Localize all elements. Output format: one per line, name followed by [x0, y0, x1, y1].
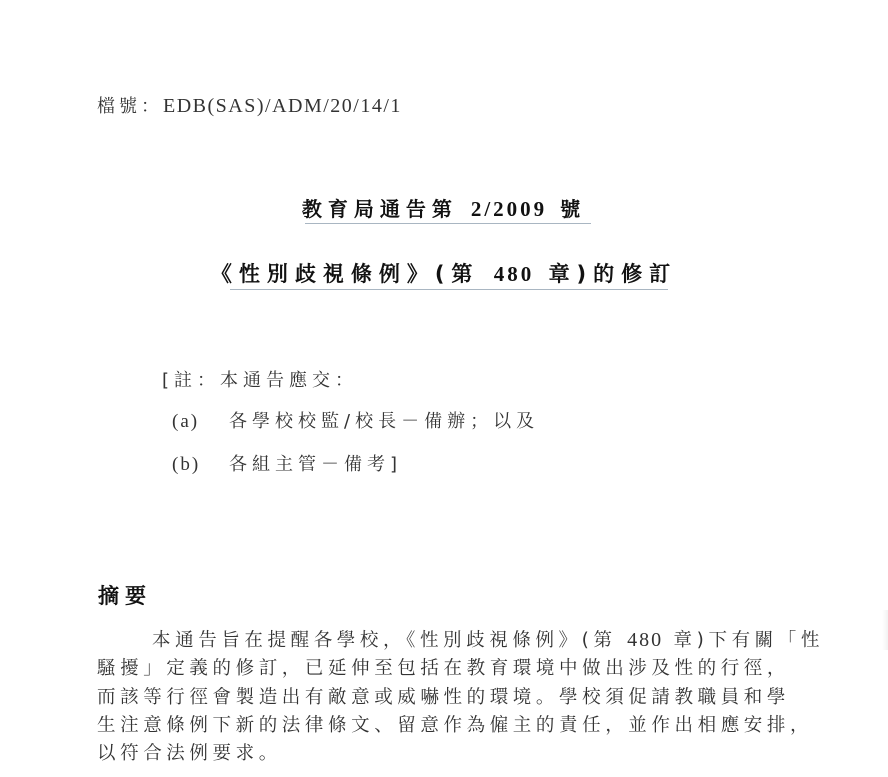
file-reference-value: EDB(SAS)/ADM/20/14/1 — [163, 95, 402, 117]
circular-number: 2/2009 — [471, 197, 547, 221]
subject-title-prefix: 《性別歧視條例》(第 — [211, 262, 480, 286]
circular-title-underline — [305, 223, 591, 224]
page-edge-shadow — [882, 610, 888, 650]
subject-title-suffix: 章)的修訂 — [549, 262, 678, 286]
distribution-note-heading: [註：本通告應交： — [162, 366, 358, 392]
circular-title-prefix: 教育局通告第 — [302, 197, 458, 221]
summary-paragraph-line: 本通告旨在提醒各學校，《性別歧視條例》(第 480 章)下有關「性 — [152, 626, 824, 652]
file-reference: 檔號：EDB(SAS)/ADM/20/14/1 — [97, 92, 402, 118]
distribution-note-item: (a)各學校校監/校長－備辦；以及 — [172, 407, 539, 433]
subject-title-underline — [230, 289, 668, 290]
summary-paragraph-line: 而該等行徑會製造出有敵意或威嚇性的環境。學校須促請教職員和學 — [97, 683, 790, 709]
summary-paragraph-line: 以符合法例要求。 — [97, 739, 282, 765]
subject-title: 《性別歧視條例》(第 480 章)的修訂 — [0, 258, 888, 288]
summary-heading: 摘要 — [98, 580, 152, 610]
circular-title: 教育局通告第 2/2009 號 — [0, 193, 888, 222]
summary-paragraph-line: 生注意條例下新的法律條文、留意作為僱主的責任，並作出相應安排， — [97, 711, 813, 737]
note-item-text: 各學校校監/校長－備辦；以及 — [229, 411, 539, 432]
summary-chapter-number: 480 — [627, 629, 663, 651]
circular-title-suffix: 號 — [560, 197, 586, 221]
note-item-marker: (a) — [172, 411, 229, 433]
subject-chapter-number: 480 — [494, 262, 535, 286]
note-item-text: 各組主管－備考] — [229, 454, 402, 475]
file-reference-label: 檔號： — [97, 96, 163, 117]
summary-text: 章)下有關「性 — [674, 630, 824, 651]
distribution-note-item: (b)各組主管－備考] — [172, 450, 402, 476]
summary-text: 本通告旨在提醒各學校，《性別歧視條例》(第 — [152, 630, 617, 651]
summary-paragraph-line: 騷擾」定義的修訂，已延伸至包括在教育環境中做出涉及性的行徑， — [97, 654, 790, 680]
note-item-marker: (b) — [172, 454, 229, 476]
